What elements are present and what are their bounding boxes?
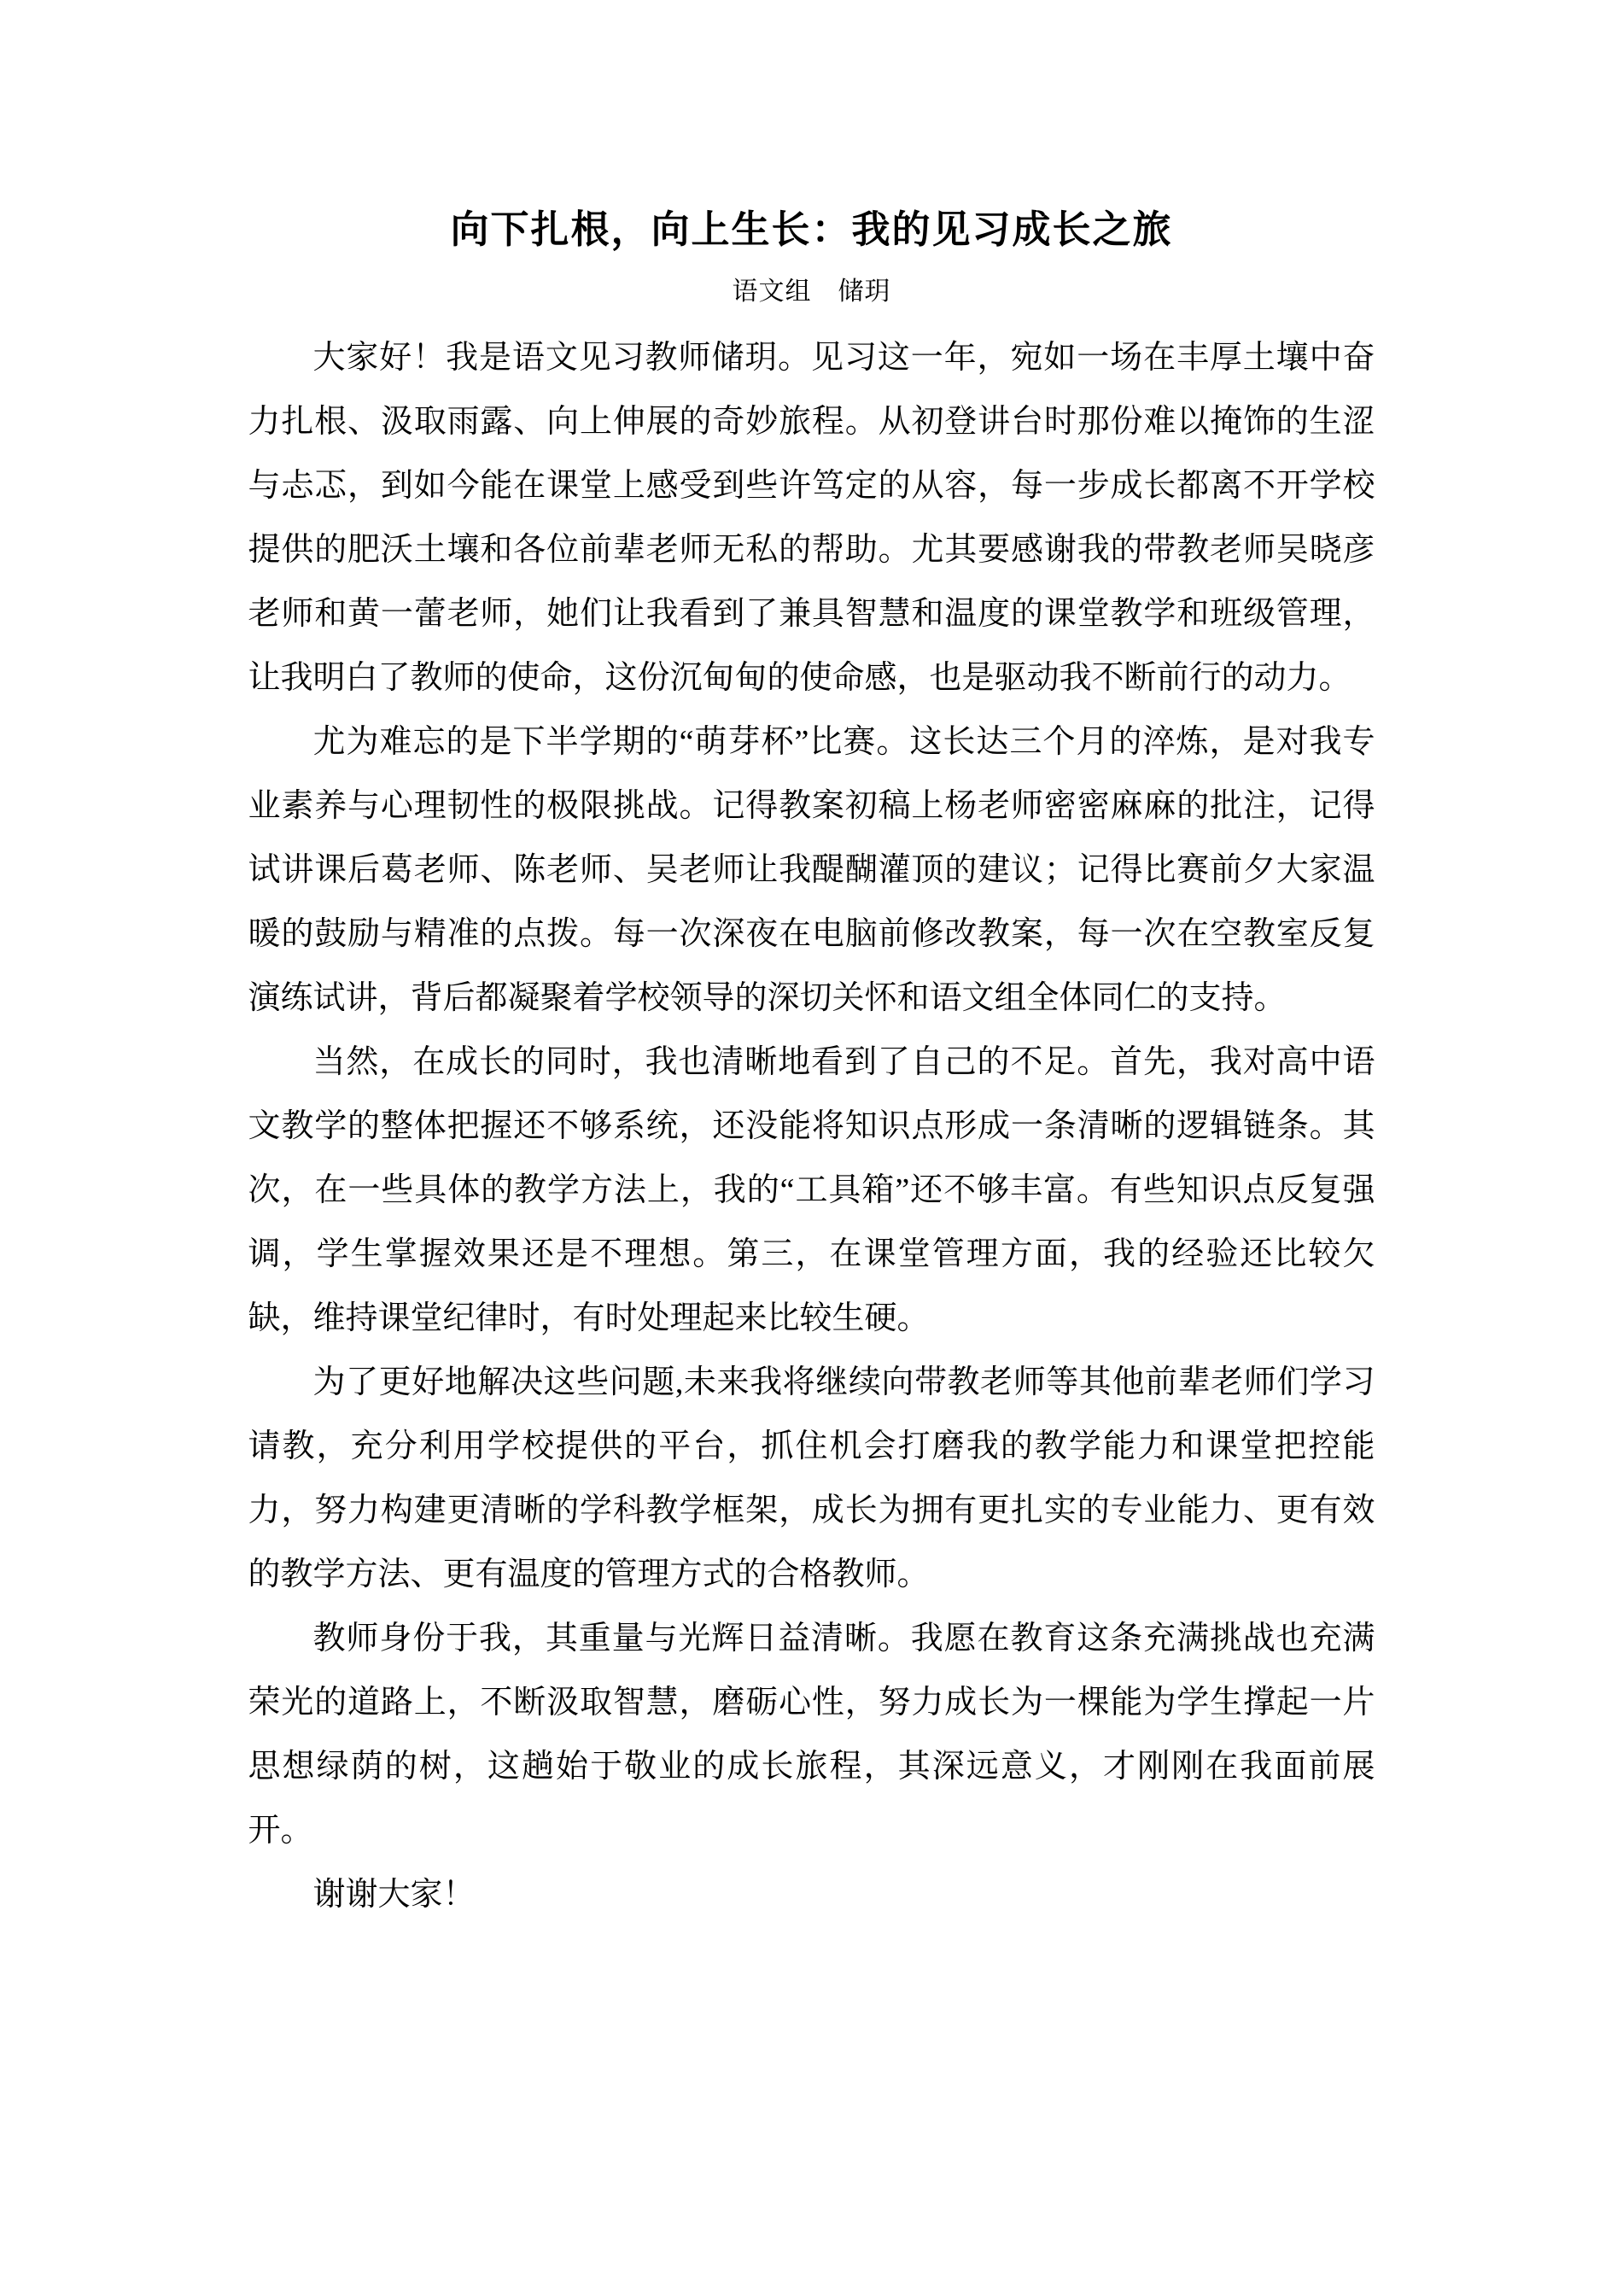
paragraph-intro-thanks: 大家好！我是语文见习教师储玥。见习这一年，宛如一场在丰厚土壤中奋力扎根、汲取雨露… — [248, 326, 1375, 710]
paragraph-thank-you: 谢谢大家！ — [248, 1863, 1375, 1927]
document-page: 向下扎根，向上生长：我的见习成长之旅 语文组 储玥 大家好！我是语文见习教师储玥… — [0, 0, 1623, 2296]
byline: 语文组 储玥 — [248, 275, 1375, 309]
paragraph-conclusion: 教师身份于我，其重量与光辉日益清晰。我愿在教育这条充满挑战也充满荣光的道路上，不… — [248, 1607, 1375, 1863]
paragraph-future-plan: 为了更好地解决这些问题,未来我将继续向带教老师等其他前辈老师们学习请教，充分利用… — [248, 1351, 1375, 1607]
paragraph-shortcomings: 当然，在成长的同时，我也清晰地看到了自己的不足。首先，我对高中语文教学的整体把握… — [248, 1031, 1375, 1351]
paragraph-competition: 尤为难忘的是下半学期的“萌芽杯”比赛。这长达三个月的淬炼，是对我专业素养与心理韧… — [248, 710, 1375, 1031]
document-content: 向下扎根，向上生长：我的见习成长之旅 语文组 储玥 大家好！我是语文见习教师储玥… — [248, 0, 1375, 1927]
document-body: 大家好！我是语文见习教师储玥。见习这一年，宛如一场在丰厚土壤中奋力扎根、汲取雨露… — [248, 326, 1375, 1927]
document-title: 向下扎根，向上生长：我的见习成长之旅 — [248, 0, 1375, 254]
